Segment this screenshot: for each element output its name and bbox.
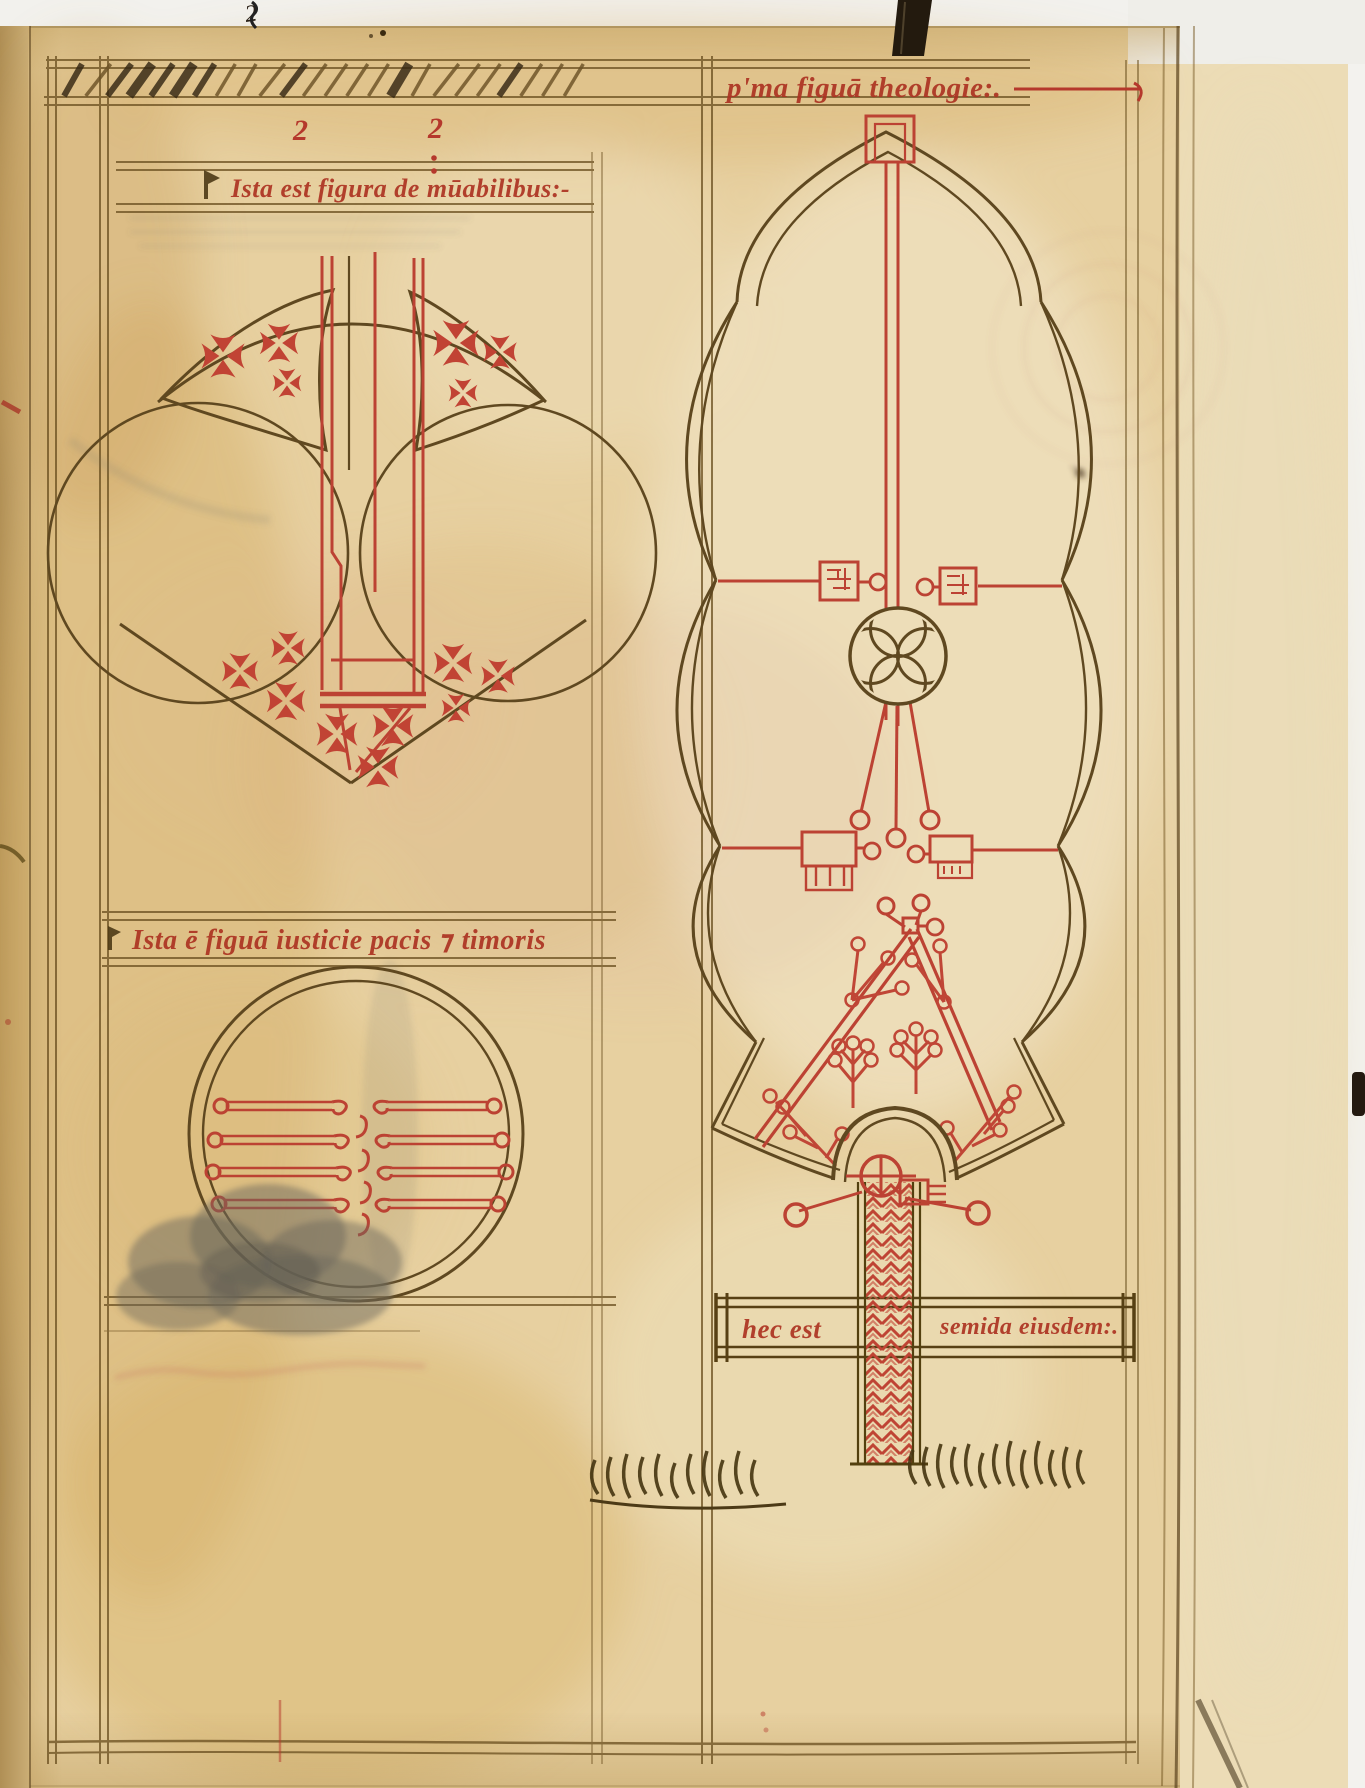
- rubric-figura-iusticie: Ista ē figuā iusticie pacis ⁊ timoris: [131, 925, 546, 956]
- edge-clasp-mark: [1352, 1072, 1365, 1116]
- band-label-semida: semida eiusdem:.: [939, 1314, 1119, 1340]
- manuscript-scan: p'ma figuā theologie:. Ista est figura d…: [0, 0, 1365, 1788]
- band-label-hec-est: hec est: [742, 1314, 822, 1344]
- ink-dot: [380, 30, 386, 36]
- quire-signature-right: 2: [427, 112, 443, 145]
- trunk-hatching: [864, 1182, 914, 1464]
- manuscript-page: p'ma figuā theologie:. Ista est figura d…: [0, 0, 1365, 1788]
- margin-dot: [5, 1019, 11, 1025]
- ink-dot: [369, 34, 373, 38]
- scan-right-margin: [1348, 0, 1365, 1788]
- signature-dot: [431, 155, 437, 161]
- fan-line: [896, 706, 897, 828]
- quire-signature-left: 2: [292, 114, 308, 147]
- signature-dot: [431, 168, 437, 174]
- rubric-figura-de-mutabilibus: Ista est figura de mūabilibus:-: [230, 174, 570, 203]
- rubric-prima-figura-theologie: p'ma figuā theologie:.: [724, 72, 1001, 104]
